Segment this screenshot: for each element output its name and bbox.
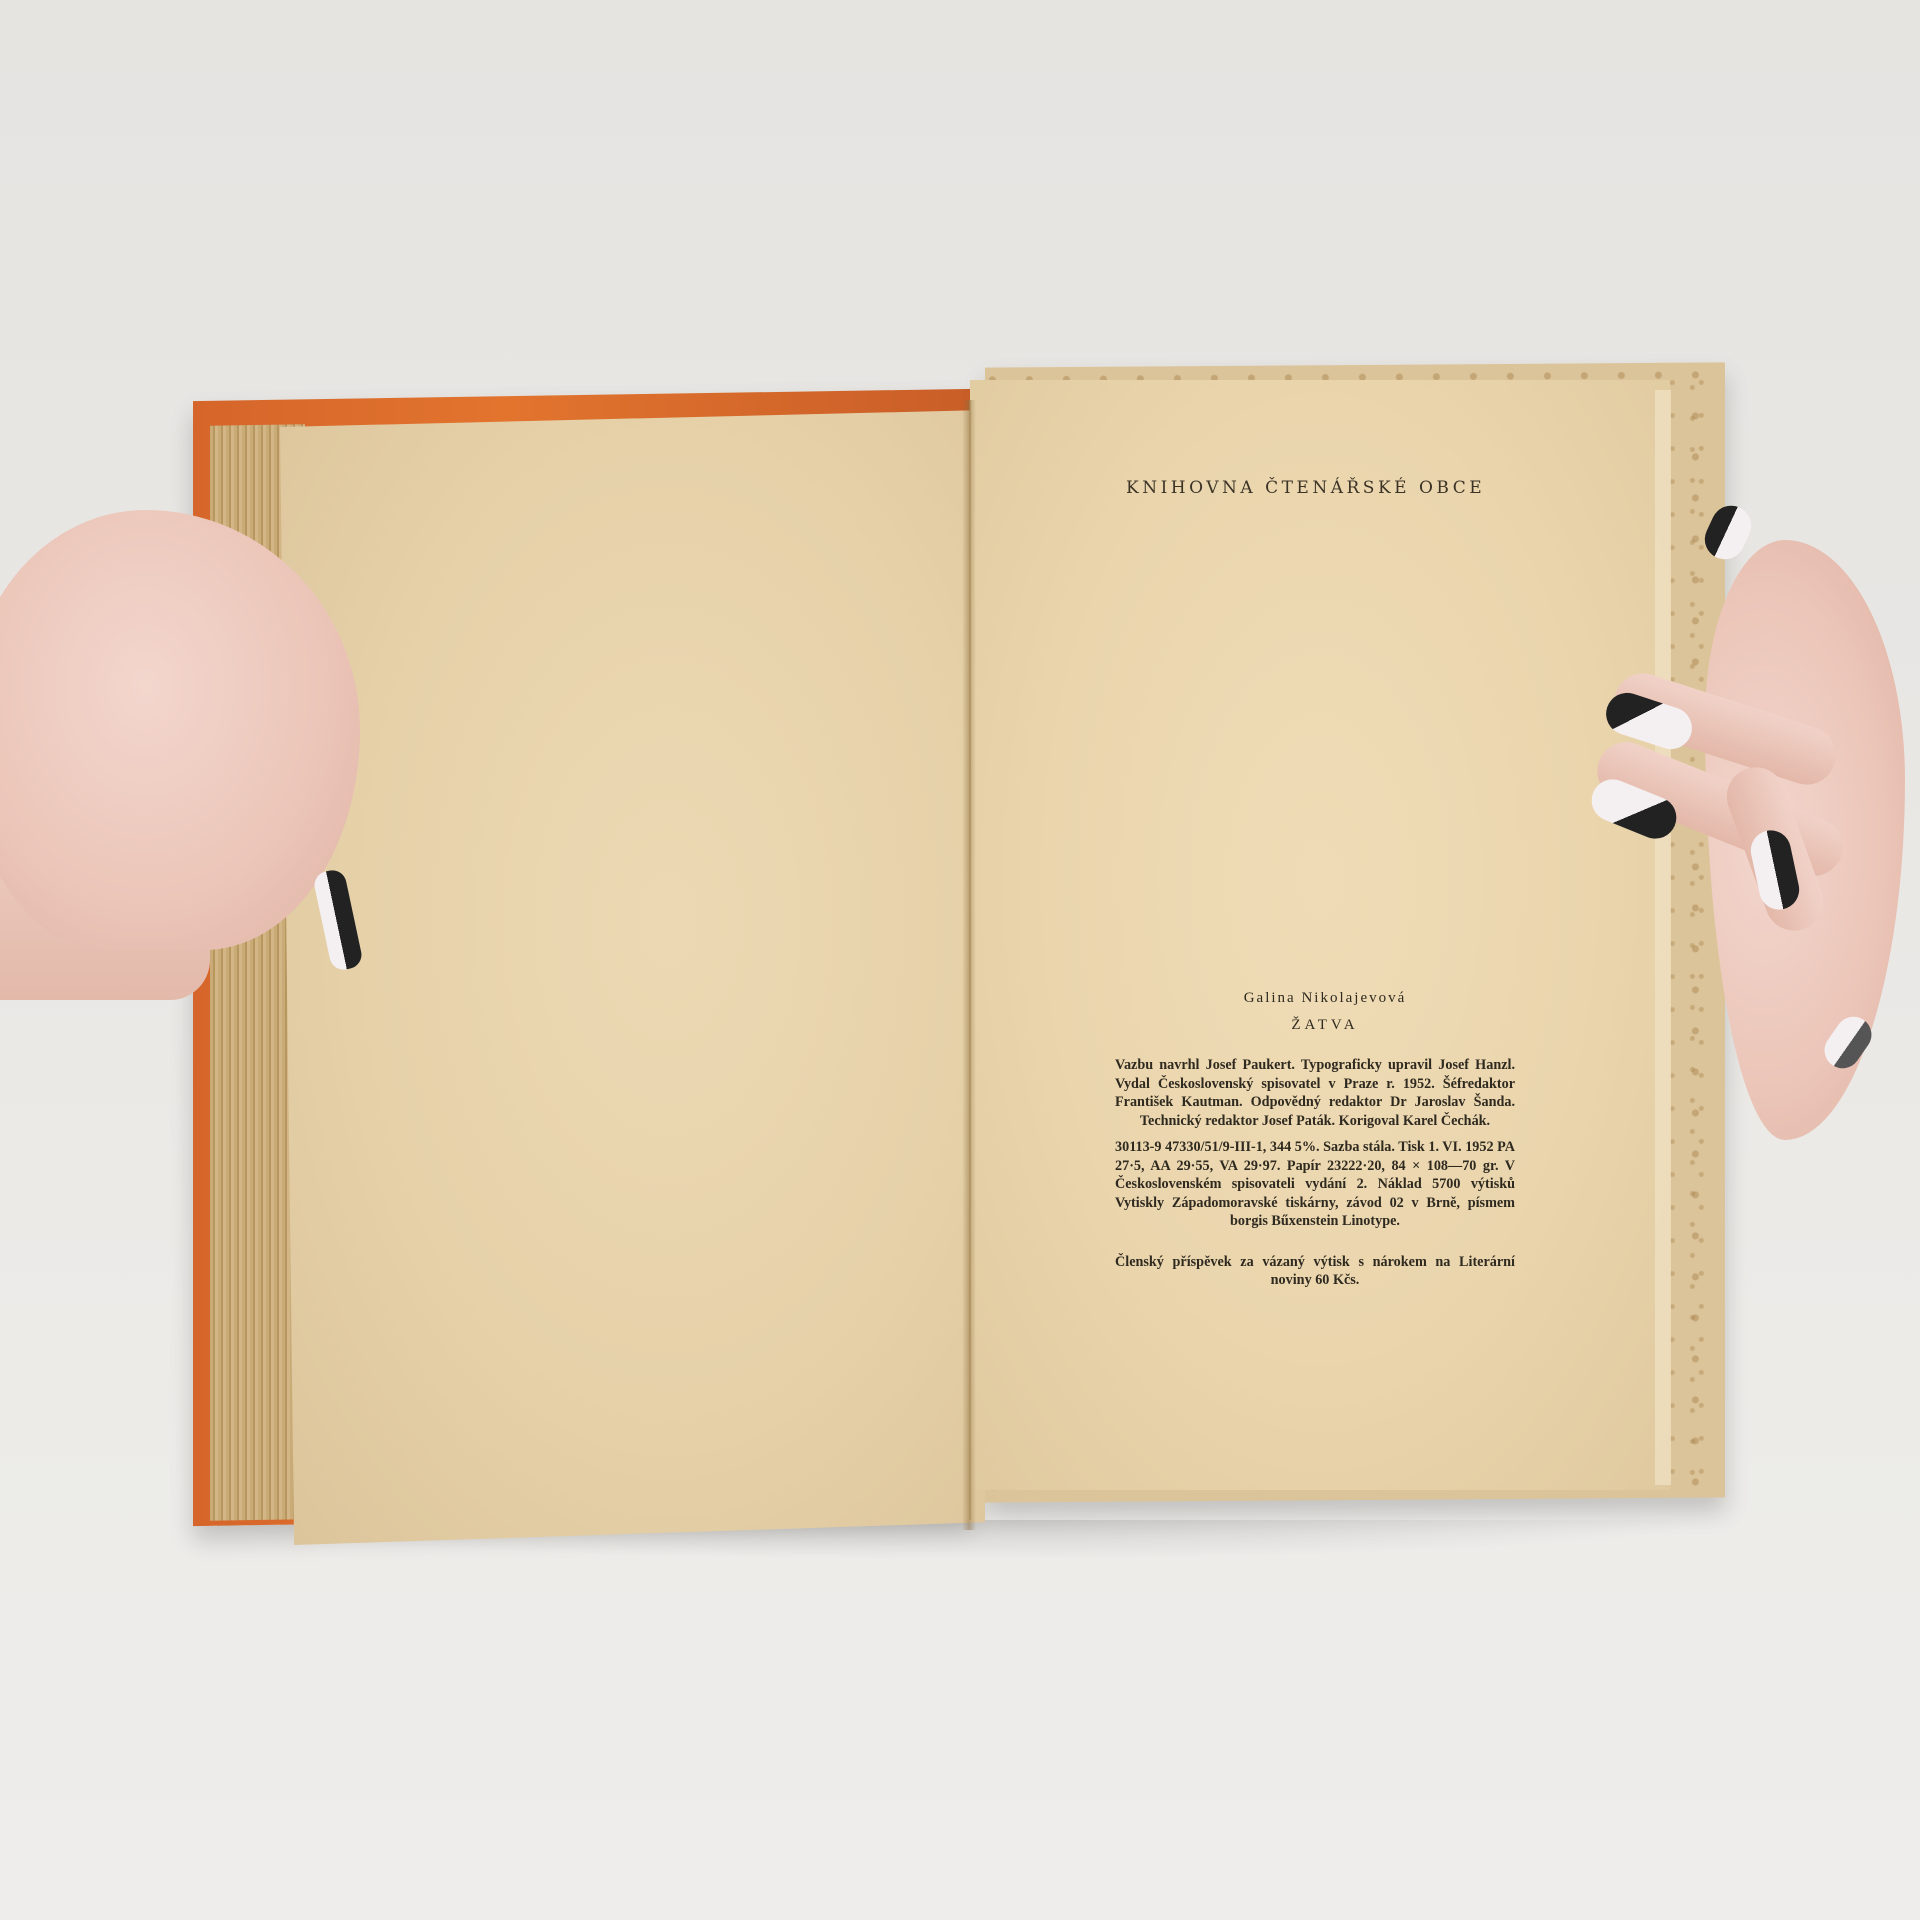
binding-thread (969, 400, 971, 1520)
author-name: Galina Nikolajevová (1115, 990, 1515, 1007)
page-edge-strip (1655, 390, 1671, 1485)
photo-scene: KNIHOVNA ČTENÁŘSKÉ OBCE Galina Nikolajev… (0, 0, 1920, 1920)
credits-paragraph: Vazbu navrhl Josef Paukert. Typograficky… (1115, 1056, 1515, 1130)
book-title: ŽATVA (1115, 1017, 1515, 1034)
printing-paragraph: 30113-9 47330/51/9-III-1, 344 5%. Sazba … (1115, 1138, 1515, 1231)
colophon: Galina Nikolajevová ŽATVA Vazbu navrhl J… (1115, 990, 1515, 1298)
series-title: KNIHOVNA ČTENÁŘSKÉ OBCE (1126, 478, 1506, 498)
left-page (280, 410, 985, 1545)
price-paragraph: Členský příspěvek za vázaný výtisk s nár… (1115, 1253, 1515, 1290)
right-page (970, 380, 1670, 1490)
